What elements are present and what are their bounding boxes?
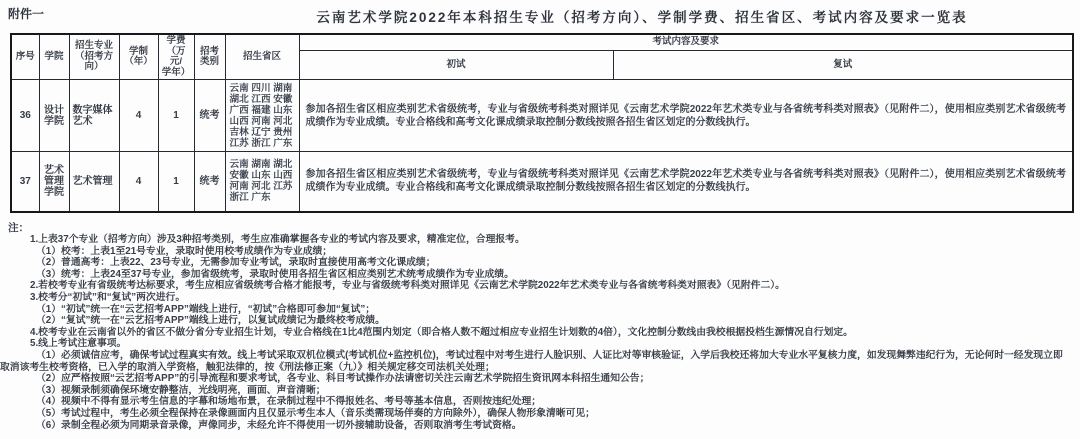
duration-cell: 4 [119, 80, 158, 152]
admissions-table: 序号 学院 招生专业 （招考方 向） 学制 （年） 学费 （万元/ 学年） 招考… [10, 33, 1074, 213]
table-row-36: 36 设计 学院 数字媒体 艺术 4 1 统考 云南 四川 湖南 湖北 江西 安… [11, 80, 1073, 152]
major-cell: 艺术管理 [69, 152, 119, 212]
note-line-1-2: （2）普通高考：上表22、23号专业，无需参加专业考试，录取时直接使用高考文化课… [0, 257, 1080, 269]
notes-label: 注： [0, 223, 1080, 235]
note-line-5-2: （2）应严格按照“云艺招考APP”的引导流程和要求考试，各专业、科目考试操作办法… [0, 373, 1080, 385]
major-cell: 数字媒体 艺术 [69, 80, 119, 152]
serial-cell: 36 [11, 80, 39, 152]
exam-content-cell: 参加各招生省区相应类别艺术省级统考，专业与省级统考科类对照详见《云南艺术学院20… [299, 80, 1073, 152]
col-header-college: 学院 [39, 34, 69, 80]
exam-category-cell: 统考 [194, 152, 225, 212]
note-line-5-6: （6）录制全程必须为同期录音录像，声像同步，未经允许不得使用一切外接辅助设备，否… [0, 420, 1080, 432]
provinces-cell: 云南 四川 湖南 湖北 江西 安徽 广西 福建 山东 山西 河南 河北 吉林 辽… [225, 80, 299, 152]
note-line-5-4: （4）视频中不得有显示考生信息的字幕和场地布景，在录制过程中不得报姓名、考号等基… [0, 396, 1080, 408]
table-row-37: 37 艺术 管理 学院 艺术管理 4 1 统考 云南 湖南 湖北 安徽 山东 山… [11, 152, 1073, 212]
header-row-1: 序号 学院 招生专业 （招考方 向） 学制 （年） 学费 （万元/ 学年） 招考… [11, 34, 1073, 51]
note-line-3-2: （2）“复试”统一在“云艺招考APP”端线上进行，以复试成绩记为最终校考成绩。 [0, 315, 1080, 327]
note-line-5: 5.线上考试注意事项。 [0, 338, 1080, 350]
col-header-first-round: 初试 [299, 51, 613, 80]
college-cell: 设计 学院 [39, 80, 69, 152]
col-header-provinces: 招生省区 [225, 34, 299, 80]
duration-cell: 4 [119, 152, 158, 212]
col-header-no: 序号 [11, 34, 39, 80]
note-line-3-1: （1）“初试”统一在“云艺招考APP”端线上进行，“初试”合格即可参加“复试”； [0, 304, 1080, 316]
exam-category-cell: 统考 [194, 80, 225, 152]
col-header-second-round: 复试 [613, 51, 1073, 80]
col-header-major: 招生专业 （招考方 向） [69, 34, 119, 80]
note-line-4: 4.校考专业在云南省以外的省区不做分省分专业招生计划，专业合格线在1比4范围内划… [0, 327, 1080, 339]
page: 附件一 云南艺术学院2022年本科招生专业（招考方向）、学制学费、招生省区、考试… [0, 0, 1080, 439]
note-line-5-1: （1）必须诚信应考，确保考试过程真实有效。线上考试采取双机位模式(考试机位+监控… [0, 350, 1080, 362]
note-line-5-3: （3）视频录制须确保环境安静整洁，光线明亮，画面、声音清晰； [0, 385, 1080, 397]
provinces-cell: 云南 湖南 湖北 安徽 山东 山西 河南 河北 江苏 浙江 广东 [225, 152, 299, 212]
col-header-exam-category: 招考 类别 [194, 34, 225, 80]
note-line-3: 3.校考分“初试”和“复试”两次进行。 [0, 292, 1080, 304]
serial-cell: 37 [11, 152, 39, 212]
tuition-cell: 1 [158, 152, 194, 212]
note-line-2: 2.若校考专业有省级统考达标要求，考生应相应省级统考合格才能报考，专业与省级统考… [0, 280, 1080, 292]
attachment-label: 附件一 [8, 5, 44, 22]
note-line-1-3: （3）统考：上表24至37号专业，参加省级统考，录取时使用各招生省区相应类别艺术… [0, 269, 1080, 281]
col-header-duration: 学制 （年） [119, 34, 158, 80]
college-cell: 艺术 管理 学院 [39, 152, 69, 212]
col-header-tuition: 学费 （万元/ 学年） [158, 34, 194, 80]
note-line-5-1-cont: 取消该考生校考资格，已入学的取消入学资格，触犯法律的，按《刑法修正案（九）》相关… [0, 362, 1080, 374]
page-title: 云南艺术学院2022年本科招生专业（招考方向）、学制学费、招生省区、考试内容及要… [0, 0, 1080, 26]
notes-section: 注： 1.上表37个专业（招考方向）涉及3种招考类别，考生应准确掌握各专业的考试… [0, 223, 1080, 432]
exam-content-cell: 参加各招生省区相应类别艺术省级统考，专业与省级统考科类对照详见《云南艺术学院20… [299, 152, 1073, 212]
tuition-cell: 1 [158, 80, 194, 152]
note-line-1-1: （1）校考：上表1至21号专业，录取时使用校考成绩作为专业成绩； [0, 246, 1080, 258]
col-header-exam-content: 考试内容及要求 [299, 34, 1073, 51]
note-line-1: 1.上表37个专业（招考方向）涉及3种招考类别，考生应准确掌握各专业的考试内容及… [0, 234, 1080, 246]
note-line-5-5: （5）考试过程中，考生必须全程保持在录像画面内且仅显示考生本人（音乐类需现场伴奏… [0, 408, 1080, 420]
document-header: 附件一 云南艺术学院2022年本科招生专业（招考方向）、学制学费、招生省区、考试… [0, 0, 1080, 28]
